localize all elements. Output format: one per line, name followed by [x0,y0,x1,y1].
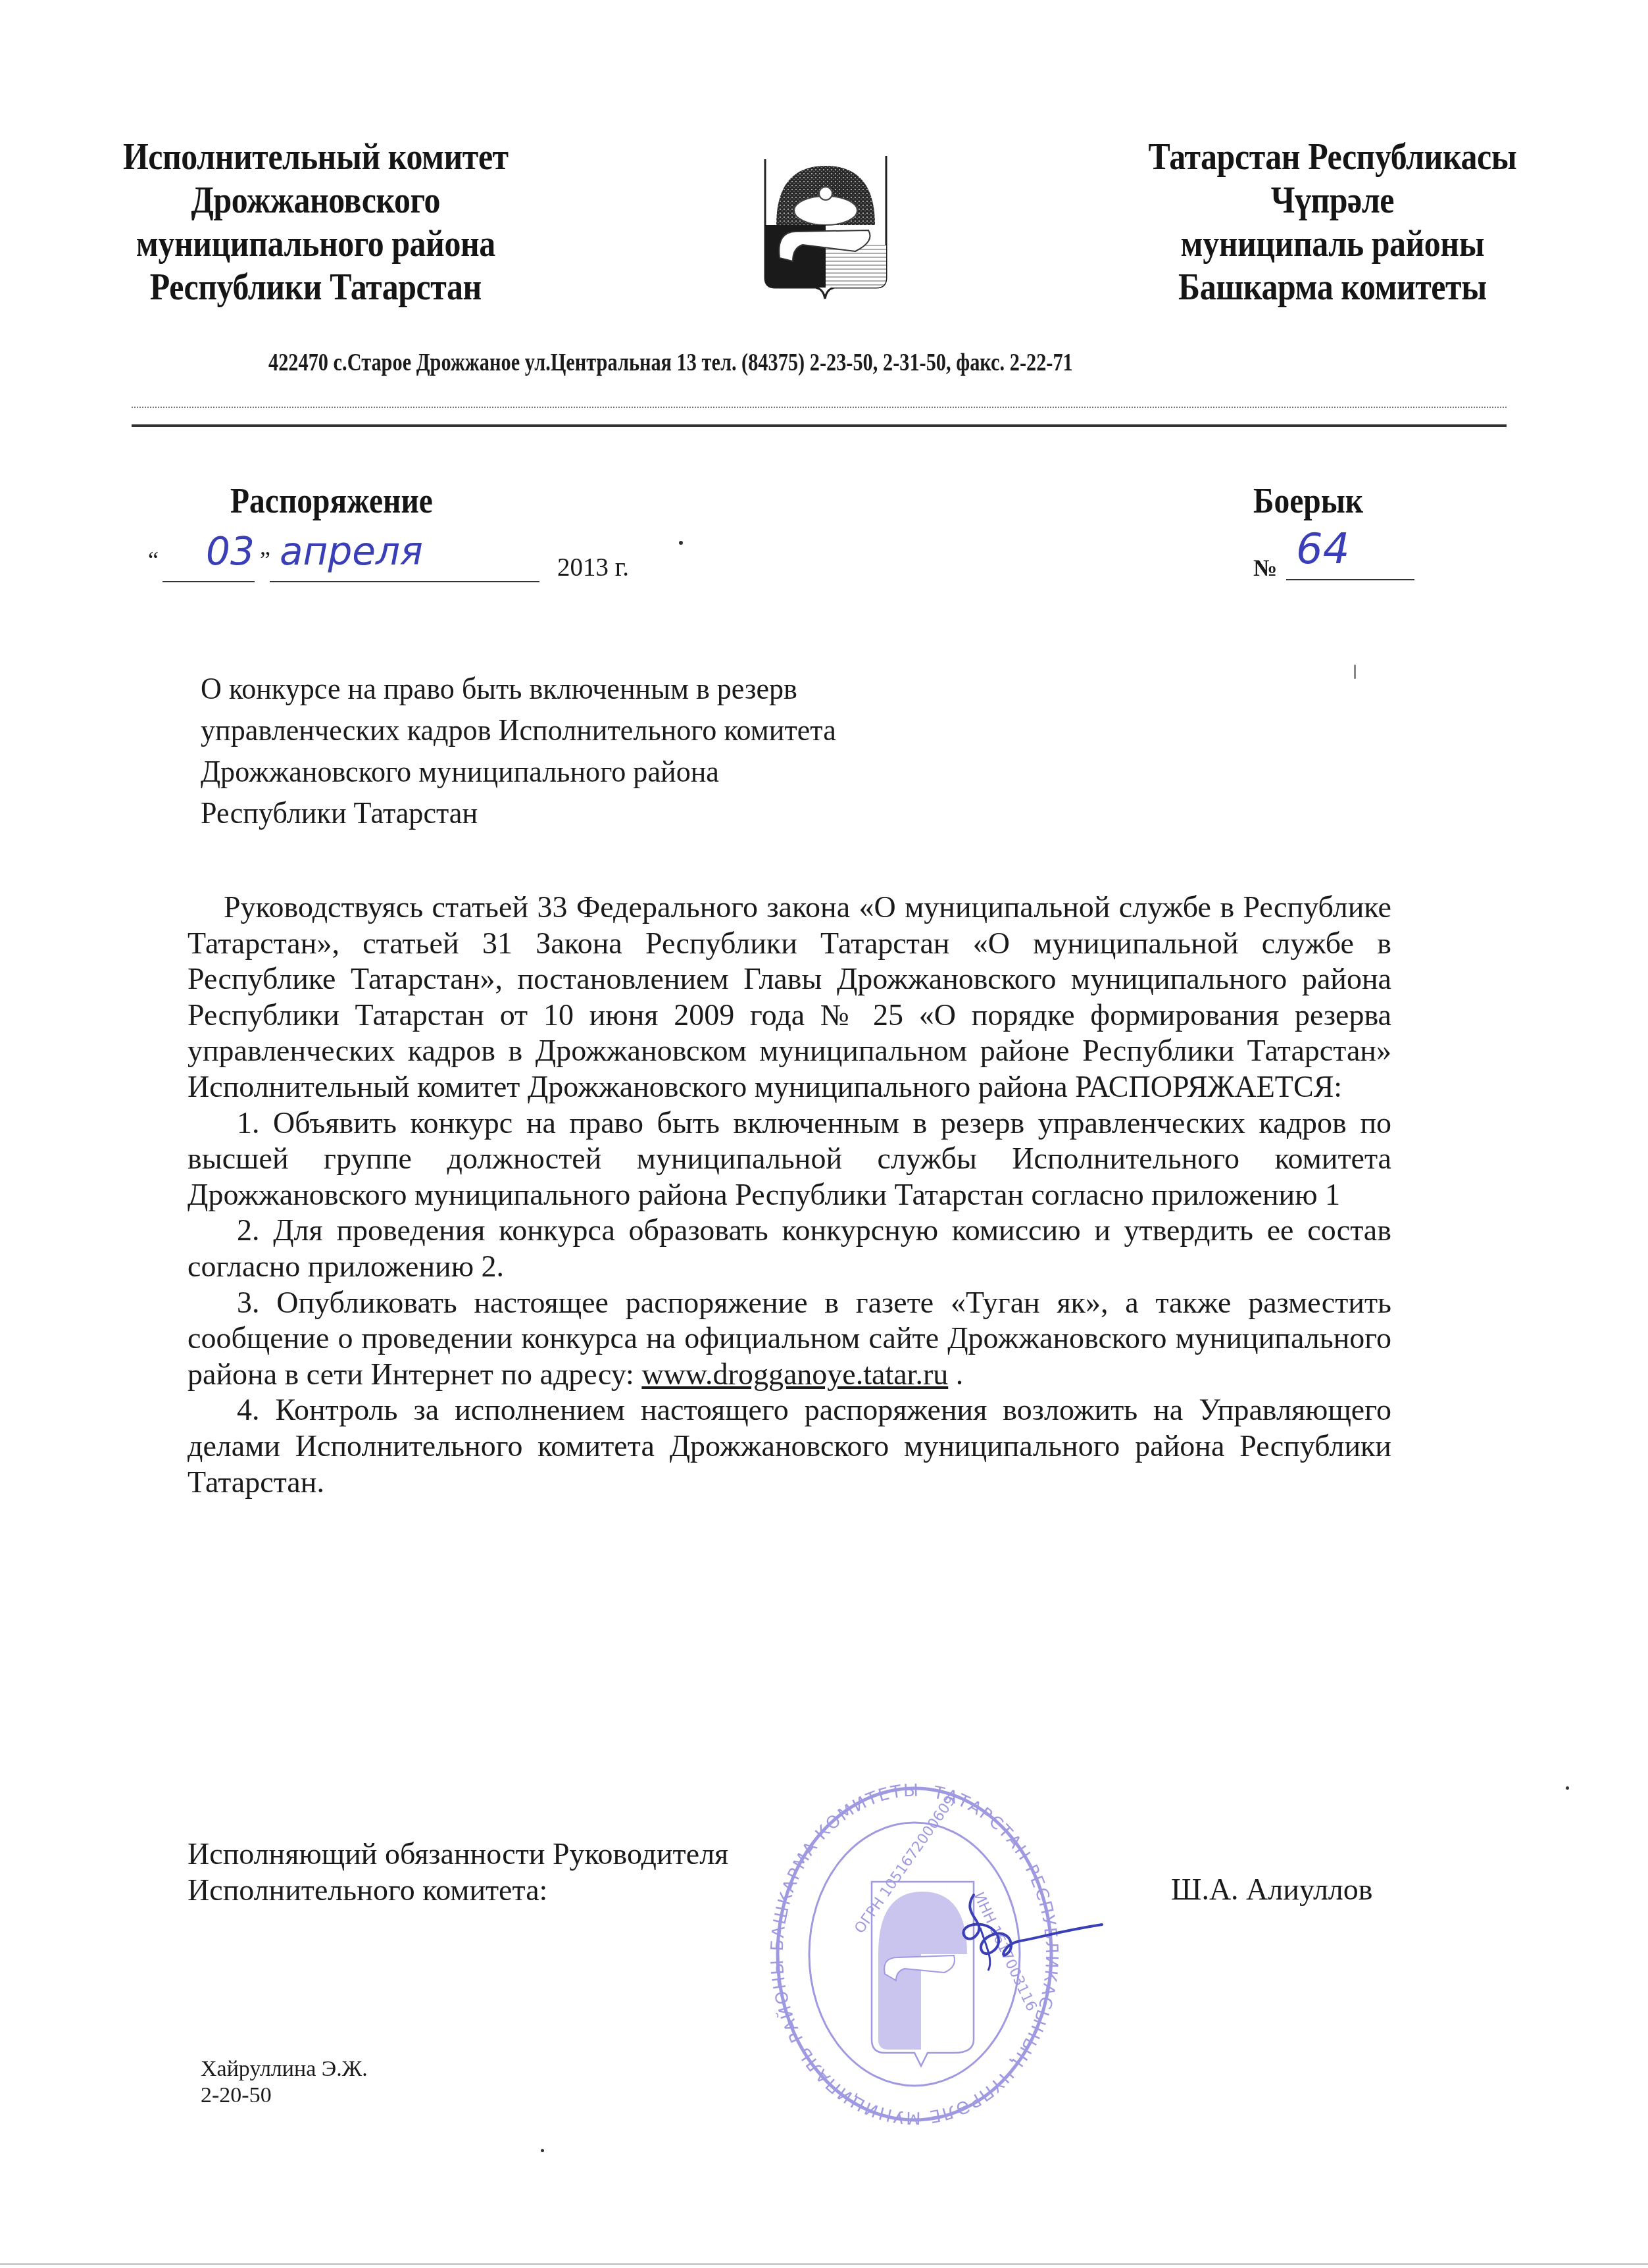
document-date: “ 03 ” апреля 2013 г. [148,532,740,584]
scan-speck [1354,665,1356,679]
letterhead-right-line: муниципаль районы [1112,222,1553,265]
letterhead-left-line: Исполнительный комитет [72,135,559,178]
scan-edge [0,2263,1648,2265]
letterhead-address: 422470 с.Старое Дрожжаное ул.Центральная… [268,349,1073,377]
date-day-underline [162,581,255,582]
subject-line: Республики Татарстан [201,792,836,834]
executor-info: Хайруллина Э.Ж. 2-20-50 [201,2056,368,2109]
letterhead-divider-thick [132,424,1507,427]
letterhead-divider-thin [132,407,1507,408]
handwritten-signature-icon [947,1888,1105,1974]
website-link[interactable]: www.drogganoye.tatar.ru [641,1357,948,1391]
subject-line: О конкурсе на право быть включенным в ре… [201,668,836,709]
signatory-title-line: Исполнительного комитета: [187,1872,728,1908]
date-month-underline [270,581,539,582]
date-month-handwritten: апреля [280,529,423,574]
number-underline [1286,579,1414,580]
letterhead-left-line: Дрожжановского [72,178,559,222]
scan-speck [1566,1786,1569,1790]
order-item-4: 4. Контроль за исполнением настоящего ра… [187,1392,1391,1500]
subject-line: управленческих кадров Исполнительного ко… [201,709,836,751]
letterhead-left-russian: Исполнительный комитет Дрожжановского му… [72,135,559,309]
letterhead-right-line: Башкарма комитеты [1112,265,1553,309]
document-number: № 64 [1253,532,1490,584]
order-item-2: 2. Для проведения конкурса образовать ко… [187,1213,1391,1284]
document-type-tatar: Боерык [1253,480,1363,521]
date-open-quote: “ [148,546,159,574]
document-type-russian: Распоряжение [230,480,433,521]
number-sign: № [1253,554,1277,582]
order-item-3-suffix: . [948,1357,963,1391]
letterhead-left-line: муниципального района [72,222,559,265]
date-year: 2013 г. [557,553,629,582]
document-body: Руководствуясь статьей 33 Федерального з… [187,890,1391,1500]
executor-name: Хайруллина Э.Ж. [201,2056,368,2082]
number-handwritten: 64 [1296,525,1349,574]
signatory-title: Исполняющий обязанности Руководителя Исп… [187,1836,728,1908]
letterhead-right-line: Татарстан Республикасы [1112,135,1553,178]
executor-phone: 2-20-50 [201,2082,368,2109]
scan-speck [541,2149,544,2152]
order-item-3: 3. Опубликовать настоящее распоряжение в… [187,1285,1391,1393]
document-subject: О конкурсе на право быть включенным в ре… [201,668,836,834]
letterhead-right-line: Чүпрәле [1112,178,1553,222]
coat-of-arms-icon [763,153,888,304]
order-item-1: 1. Объявить конкурс на право быть включе… [187,1105,1391,1213]
preamble-paragraph: Руководствуясь статьей 33 Федерального з… [187,890,1391,1105]
signatory-title-line: Исполняющий обязанности Руководителя [187,1836,728,1872]
scan-speck [679,541,683,545]
subject-line: Дрожжановского муниципального района [201,751,836,792]
letterhead-left-line: Республики Татарстан [72,265,559,309]
signatory-name: Ш.А. Алиуллов [1171,1872,1373,1907]
date-close-quote: ” [260,546,270,574]
date-day-handwritten: 03 [206,529,255,574]
letterhead-right-tatar: Татарстан Республикасы Чүпрәле муниципал… [1112,135,1553,309]
